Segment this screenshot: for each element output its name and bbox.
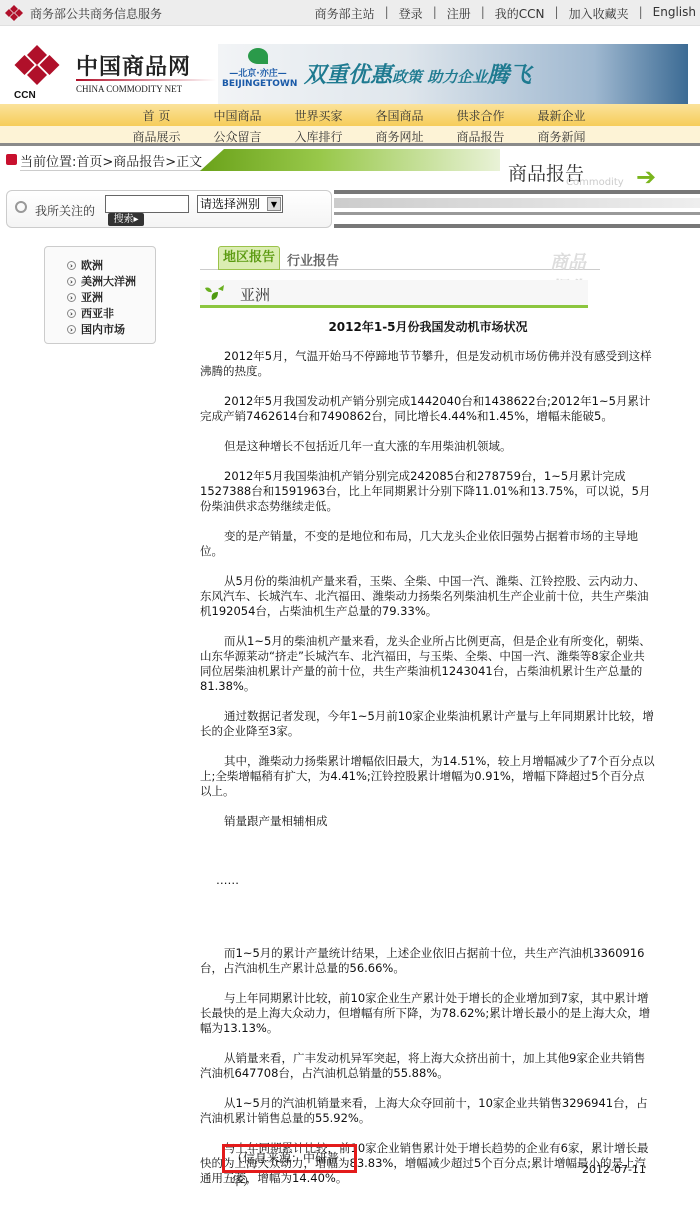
link-login[interactable]: 登录 xyxy=(399,5,423,22)
continent-select-value: 请选择洲别 xyxy=(200,197,260,211)
article-paragraph: 但是这种增长不包括近几年一直大涨的车用柴油机领域。 xyxy=(200,439,656,454)
brand-text: 商务部公共商务信息服务 xyxy=(30,5,162,22)
decorative-green-band xyxy=(200,149,500,171)
banner-city-en: BEIJINGETOWN xyxy=(222,79,294,89)
separator: | xyxy=(433,5,437,22)
article-paragraph: 从5月份的柴油机产量来看，玉柴、全柴、中国一汽、潍柴、江铃控股、云内动力、东风汽… xyxy=(200,574,656,619)
sidebar-item-asia[interactable]: ›亚洲 xyxy=(67,289,136,305)
brand: 商务部公共商务信息服务 xyxy=(4,4,162,22)
separator: | xyxy=(385,5,389,22)
article-paragraph: 与上年同期累计比较，前10家企业生产累计处于增长的企业增加到7家，其中累计增长最… xyxy=(200,991,656,1036)
sidebar-item-label: 西亚非 xyxy=(81,305,114,321)
banner-ad[interactable]: —北京·亦庄— BEIJINGETOWN 双重优惠政策 助力企业腾飞 xyxy=(218,44,688,104)
article-subheading: 销量跟产量相辅相成 xyxy=(200,814,656,829)
search-input[interactable] xyxy=(105,195,189,213)
link-favorites[interactable]: 加入收藏夹 xyxy=(569,5,629,22)
article-paragraph: 通过数据记者发现，今年1~5月前10家企业柴油机累计产量与上年同期累计比较，增长… xyxy=(200,709,656,739)
article-paragraph: 变的是产销量，不变的是地位和布局，几大龙头企业依旧强势占据着市场的主导地位。 xyxy=(200,529,656,559)
tab-industry-reports[interactable]: 行业报告 xyxy=(287,250,339,269)
section-subtitle: Commodity xyxy=(566,177,624,188)
tab-regional-reports[interactable]: 地区报告 xyxy=(218,246,280,270)
article-paragraph: 从1~5月的汽油机销量来看，上海大众夺回前十，10家企业共销售3296941台，… xyxy=(200,1096,656,1126)
sidebar-item-label: 国内市场 xyxy=(81,321,125,337)
bullet-arrow-icon: › xyxy=(67,277,76,286)
ccn-logo-icon xyxy=(12,42,62,88)
logo-subtitle: CHINA COMMODITY NET xyxy=(76,84,182,94)
article-title: 2012年1-5月份我国发动机市场状况 xyxy=(200,320,656,335)
link-register[interactable]: 注册 xyxy=(447,5,471,22)
article-ellipsis: …… xyxy=(200,873,656,888)
link-mofcom[interactable]: 商务部主站 xyxy=(315,5,375,22)
sidebar-item-americas-oceania[interactable]: ›美洲大洋洲 xyxy=(67,273,136,289)
site-logo[interactable]: CCN 中国商品网 CHINA COMMODITY NET xyxy=(12,42,202,104)
nav-world-buyers[interactable]: 世界买家 xyxy=(278,107,359,124)
search-button-label: 搜索 xyxy=(113,214,133,225)
nav-goods-display[interactable]: 商品展示 xyxy=(116,128,197,145)
logo-title: 中国商品网 xyxy=(76,50,191,81)
link-my-ccn[interactable]: 我的CCN xyxy=(495,5,545,22)
nav-supply-demand[interactable]: 供求合作 xyxy=(440,107,521,124)
slogan-part2: 政策 助力企业 xyxy=(392,68,487,86)
article-paragraph: 而从1~5月的柴油机产量来看，龙头企业所占比例更高，但是企业有所变化，朝柴、山东… xyxy=(200,634,656,694)
nav-business-news[interactable]: 商务新闻 xyxy=(521,128,602,145)
search-bar: 我所关注的 搜索▸ 请选择洲别 ▼ xyxy=(6,190,332,228)
search-button[interactable]: 搜索▸ xyxy=(108,213,144,226)
article-date: 2012-07-11 xyxy=(582,1163,646,1176)
article-paragraph: 2012年5月我国发动机产销分别完成1442040台和1438622台;2012… xyxy=(200,394,656,424)
article-paragraph: 而1~5月的累计产量统计结果，上述企业依旧占据前十位，共生产汽油机3360916… xyxy=(200,946,656,976)
ccn-logo-icon xyxy=(4,4,24,22)
region-heading: 亚洲 xyxy=(200,280,588,308)
nav-new-companies[interactable]: 最新企业 xyxy=(521,107,602,124)
banner-slogan: 双重优惠政策 助力企业腾飞 xyxy=(304,58,531,89)
sidebar-item-label: 美洲大洋洲 xyxy=(81,273,136,289)
header: CCN 中国商品网 CHINA COMMODITY NET —北京·亦庄— BE… xyxy=(0,26,700,104)
nav-goods-reports[interactable]: 商品报告 xyxy=(440,128,521,145)
nav-public-messages[interactable]: 公众留言 xyxy=(197,128,278,145)
sidebar-item-europe[interactable]: ›欧洲 xyxy=(67,257,136,273)
bullet-arrow-icon: › xyxy=(67,293,76,302)
arrow-right-icon: ➔ xyxy=(636,163,656,191)
nav-ranking[interactable]: 入库排行 xyxy=(278,128,359,145)
article: 2012年1-5月份我国发动机市场状况 2012年5月，气温开始马不停蹄地节节攀… xyxy=(200,320,656,1201)
continent-select[interactable]: 请选择洲别 ▼ xyxy=(197,195,283,213)
sidebar-item-label: 欧洲 xyxy=(81,257,103,273)
logo-ccn: CCN xyxy=(14,90,36,101)
report-tabs: 地区报告 行业报告 商品报告 xyxy=(200,244,600,270)
main-nav-row1: 首 页 中国商品 世界买家 各国商品 供求合作 最新企业 xyxy=(0,104,700,126)
bullet-arrow-icon: › xyxy=(67,325,76,334)
bullet-arrow-icon: › xyxy=(67,309,76,318)
top-bar: 商务部公共商务信息服务 商务部主站| 登录| 注册| 我的CCN| 加入收藏夹|… xyxy=(0,0,700,26)
nav-china-goods[interactable]: 中国商品 xyxy=(197,107,278,124)
sidebar-item-label: 亚洲 xyxy=(81,289,103,305)
search-label: 我所关注的 xyxy=(35,202,95,219)
article-paragraph: 从销量来看，广丰发动机异军突起，将上海大众挤出前十，加上其他9家企业共销售汽油机… xyxy=(200,1051,656,1081)
etown-logo-icon xyxy=(248,48,268,64)
decorative-bars xyxy=(334,190,700,228)
article-paragraph: 其中，潍柴动力扬柴累计增幅依旧最大，为14.51%，较上月增幅减少了7个百分点以… xyxy=(200,754,656,799)
leaves-icon xyxy=(204,284,226,302)
article-paragraph: 2012年5月我国柴油机产销分别完成242085台和278759台，1~5月累计… xyxy=(200,469,656,514)
region-sidebar: ›欧洲 ›美洲大洋洲 ›亚洲 ›西亚非 ›国内市场 xyxy=(44,246,156,344)
sidebar-item-west-asia-africa[interactable]: ›西亚非 xyxy=(67,305,136,321)
separator: | xyxy=(481,5,485,22)
search-icon xyxy=(15,201,27,213)
logo-underline xyxy=(76,79,216,81)
breadcrumb[interactable]: 当前位置:首页>商品报告>正文 xyxy=(20,151,208,171)
top-links: 商务部主站| 登录| 注册| 我的CCN| 加入收藏夹| English xyxy=(315,5,696,22)
bullet-arrow-icon: › xyxy=(67,261,76,270)
link-english[interactable]: English xyxy=(653,5,696,22)
main-nav-row2: 商品展示 公众留言 入库排行 商务网址 商品报告 商务新闻 xyxy=(0,126,700,146)
article-paragraph: 2012年5月，气温开始马不停蹄地节节攀升，但是发动机市场仿佛并没有感受到这样沸… xyxy=(200,349,656,379)
beijing-etown-badge: —北京·亦庄— BEIJINGETOWN xyxy=(222,48,294,89)
slogan-part1: 双重优惠 xyxy=(304,62,392,88)
location-pin-icon xyxy=(6,154,17,165)
chevron-down-icon: ▼ xyxy=(267,197,281,211)
article-source: （信息来源：中研普华） xyxy=(222,1144,357,1173)
nav-country-goods[interactable]: 各国商品 xyxy=(359,107,440,124)
breadcrumb-bar: 当前位置:首页>商品报告>正文 商品报告 Commodity ➔ xyxy=(0,149,700,189)
nav-home[interactable]: 首 页 xyxy=(116,107,197,124)
nav-business-urls[interactable]: 商务网址 xyxy=(359,128,440,145)
region-name: 亚洲 xyxy=(240,284,270,305)
separator: | xyxy=(555,5,559,22)
slogan-part3: 腾飞 xyxy=(487,62,531,88)
sidebar-item-domestic[interactable]: ›国内市场 xyxy=(67,321,136,337)
banner-city-cn: —北京·亦庄— xyxy=(222,66,294,79)
separator: | xyxy=(639,5,643,22)
